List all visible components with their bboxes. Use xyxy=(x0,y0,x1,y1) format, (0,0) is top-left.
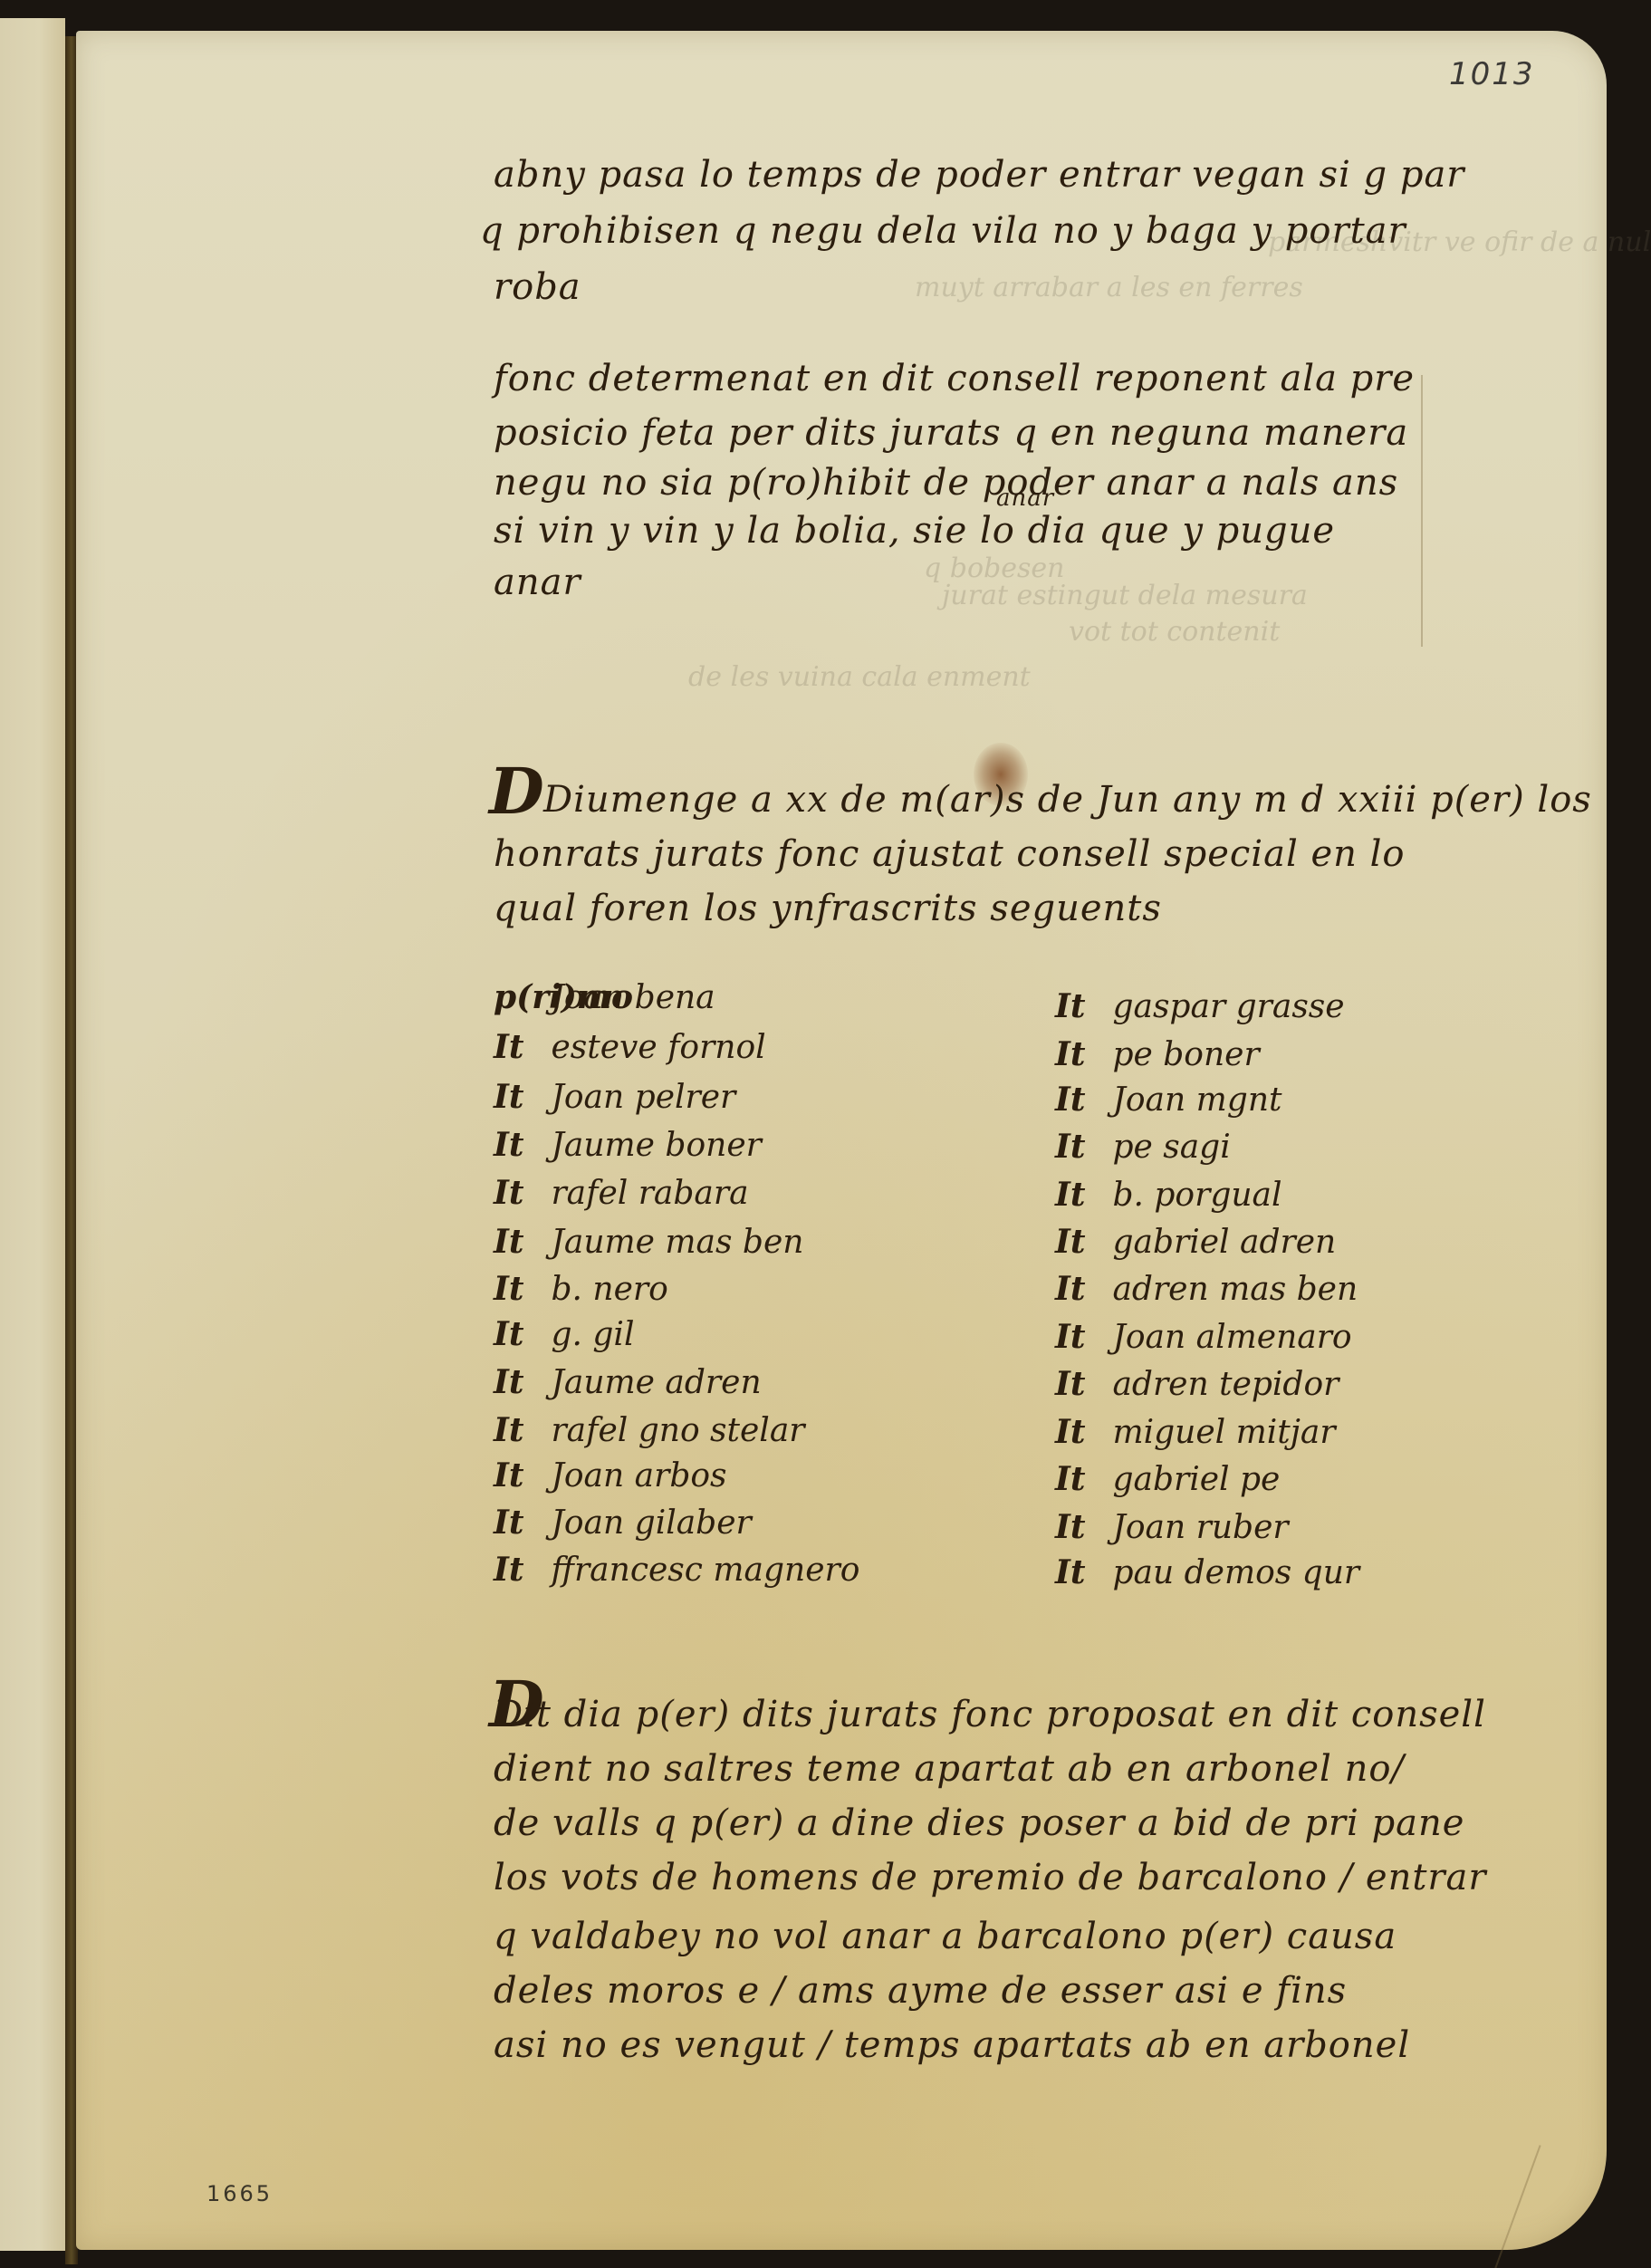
attendee-entry: It Jaume boner xyxy=(494,1126,762,1164)
item-mark: It xyxy=(494,1411,541,1449)
bleedthrough-line: vot tot contenit xyxy=(1069,616,1280,648)
text-line: anar xyxy=(494,562,581,603)
attendee-name: Joan ruber xyxy=(1112,1509,1288,1546)
attendee-name: Jaume adren xyxy=(551,1364,761,1401)
archive-number: 1665 xyxy=(206,2181,273,2206)
attendee-entry: It gabriel pe xyxy=(1055,1460,1280,1498)
attendee-entry: It Joan almenaro xyxy=(1055,1318,1352,1356)
item-mark: It xyxy=(494,1363,541,1401)
text-line: dient no saltres teme apartat ab en arbo… xyxy=(494,1748,1405,1790)
item-mark: It xyxy=(494,1223,541,1261)
text-line: Dit dia p(er) dits jurats fonc proposat … xyxy=(494,1694,1486,1735)
item-mark: It xyxy=(494,1078,541,1116)
item-mark: It xyxy=(1055,1128,1102,1166)
item-mark: It xyxy=(1055,1553,1102,1591)
text-line: q prohibisen q negu dela vila no y baga … xyxy=(480,210,1406,252)
text-line: deles moros e / ams ayme de esser asi e … xyxy=(494,1970,1347,2012)
attendee-name: rafel gno stelar xyxy=(551,1412,804,1449)
attendee-entry: It Joan mgnt xyxy=(1055,1081,1281,1119)
attendee-name: g. gil xyxy=(551,1316,634,1353)
item-mark: It xyxy=(494,1456,541,1494)
attendee-entry: It adren tepidor xyxy=(1055,1365,1339,1403)
item-mark: It xyxy=(1055,1223,1102,1261)
item-mark: It xyxy=(494,1315,541,1353)
attendee-name: gabriel adren xyxy=(1112,1224,1336,1261)
interlinear-note: anar xyxy=(996,485,1054,512)
attendee-name: pe boner xyxy=(1112,1036,1259,1073)
text-line: qual foren los ynfrascrits seguents xyxy=(494,888,1162,929)
text-line: fonc determenat en dit consell reponent … xyxy=(494,358,1415,399)
attendee-name: pe sagi xyxy=(1112,1129,1230,1166)
attendee-name: Jaume boner xyxy=(551,1127,761,1164)
attendee-entry: It Joan ruber xyxy=(1055,1508,1289,1546)
text-line: posicio feta per dits jurats q en neguna… xyxy=(494,412,1408,454)
item-mark: It xyxy=(1055,1270,1102,1308)
facing-page-edge xyxy=(0,18,65,2251)
text-line: roba xyxy=(494,266,581,308)
attendee-name: Joan bena xyxy=(551,979,715,1016)
decorated-initial: D xyxy=(489,754,544,829)
item-mark: It xyxy=(1055,1081,1102,1119)
item-mark: It xyxy=(1055,1413,1102,1451)
attendee-entry: It b. nero xyxy=(494,1270,668,1308)
attendee-name: Joan pelrer xyxy=(551,1079,735,1116)
item-mark: It xyxy=(1055,1365,1102,1403)
attendee-entry: It pe boner xyxy=(1055,1035,1260,1073)
attendee-entry: It Joan pelrer xyxy=(494,1078,735,1116)
text-line: asi no es vengut / temps apartats ab en … xyxy=(494,2024,1410,2066)
text-line: abny pasa lo temps de poder entrar vegan… xyxy=(494,154,1464,196)
attendee-name: Jaume mas ben xyxy=(551,1224,803,1261)
item-mark: It xyxy=(494,1270,541,1308)
attendee-entry: It Jaume adren xyxy=(494,1363,762,1401)
attendee-entry: It esteve fornol xyxy=(494,1028,766,1066)
item-mark: p(ri)mo xyxy=(494,978,541,1016)
attendee-name: miguel mitjar xyxy=(1112,1414,1335,1451)
attendee-name: ffrancesc magnero xyxy=(551,1552,859,1589)
paper-tear xyxy=(1493,2145,1541,2268)
attendee-name: b. nero xyxy=(551,1271,667,1308)
item-mark: It xyxy=(1055,1176,1102,1214)
item-mark: It xyxy=(494,1028,541,1066)
text-line: q valdabey no vol anar a barcalono p(er)… xyxy=(494,1916,1397,1957)
item-mark: It xyxy=(1055,987,1102,1025)
attendee-entry: It miguel mitjar xyxy=(1055,1413,1336,1451)
attendee-entry: It rafel rabara xyxy=(494,1174,749,1212)
text-line: Diumenge a xx de m(ar)s de Jun any m d x… xyxy=(543,779,1592,821)
attendee-name: pau demos qur xyxy=(1112,1554,1359,1591)
attendee-entry: p(ri)mo Joan bena xyxy=(494,978,715,1016)
attendee-entry: It Joan arbos xyxy=(494,1456,727,1494)
attendee-entry: It gaspar grasse xyxy=(1055,987,1345,1025)
item-mark: It xyxy=(494,1504,541,1542)
text-line: si vin y vin y la bolia, sie lo dia que … xyxy=(494,510,1335,552)
attendee-name: b. porgual xyxy=(1112,1177,1281,1214)
attendee-entry: It pau demos qur xyxy=(1055,1553,1359,1591)
bleedthrough-line: de les vuina cala enment xyxy=(688,661,1031,693)
attendee-name: Joan almenaro xyxy=(1112,1319,1351,1356)
item-mark: It xyxy=(494,1126,541,1164)
attendee-name: rafel rabara xyxy=(551,1175,748,1212)
attendee-entry: It pe sagi xyxy=(1055,1128,1231,1166)
attendee-entry: It rafel gno stelar xyxy=(494,1411,805,1449)
attendee-name: gaspar grasse xyxy=(1112,988,1344,1025)
paper-crease xyxy=(1421,375,1423,647)
attendee-name: gabriel pe xyxy=(1112,1461,1280,1498)
attendee-entry: It gabriel adren xyxy=(1055,1223,1336,1261)
attendee-entry: It adren mas ben xyxy=(1055,1270,1358,1308)
attendee-name: Joan mgnt xyxy=(1112,1081,1281,1119)
item-mark: It xyxy=(494,1174,541,1212)
attendee-name: Joan arbos xyxy=(551,1457,726,1494)
text-line: los vots de homens de premio de barcalon… xyxy=(494,1857,1487,1898)
attendee-entry: It b. porgual xyxy=(1055,1176,1282,1214)
item-mark: It xyxy=(1055,1035,1102,1073)
item-mark: It xyxy=(494,1551,541,1589)
attendee-name: esteve fornol xyxy=(551,1029,765,1066)
attendee-name: adren tepidor xyxy=(1112,1366,1339,1403)
item-mark: It xyxy=(1055,1460,1102,1498)
attendee-entry: It g. gil xyxy=(494,1315,634,1353)
bleedthrough-line: jurat estingut dela mesura xyxy=(942,580,1308,611)
text-line: de valls q p(er) a dine dies poser a bid… xyxy=(494,1802,1464,1844)
attendee-entry: It ffrancesc magnero xyxy=(494,1551,859,1589)
attendee-name: Joan gilaber xyxy=(551,1504,751,1542)
text-line: honrats jurats fonc ajustat consell spec… xyxy=(494,833,1405,875)
attendee-entry: It Jaume mas ben xyxy=(494,1223,803,1261)
attendee-entry: It Joan gilaber xyxy=(494,1504,752,1542)
bleedthrough-line: muyt arrabar a les en ferres xyxy=(915,272,1303,303)
item-mark: It xyxy=(1055,1318,1102,1356)
folio-number: 1013 xyxy=(1449,56,1535,92)
item-mark: It xyxy=(1055,1508,1102,1546)
attendee-name: adren mas ben xyxy=(1112,1271,1358,1308)
text-line: negu no sia p(ro)hibit de poder anar a n… xyxy=(494,462,1398,504)
